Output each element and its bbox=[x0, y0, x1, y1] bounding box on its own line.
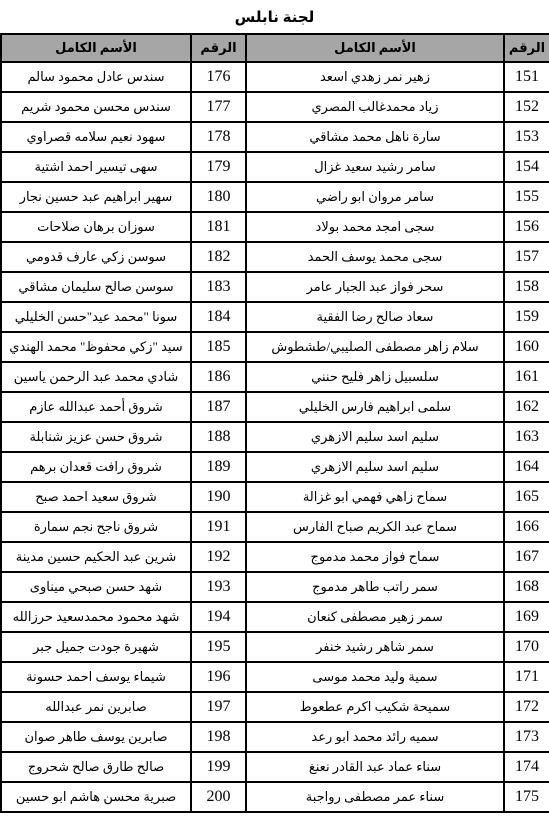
row-number-right: 163 bbox=[504, 422, 549, 452]
row-number-left: 186 bbox=[191, 362, 246, 392]
table-row: 165سماح زاهي فهمي ابو غزالة190شروق سعيد … bbox=[1, 482, 549, 512]
page-title: لجنة نابلس bbox=[0, 0, 549, 33]
row-number-right: 169 bbox=[504, 602, 549, 632]
full-name-left: شروق ناجح نجم سمارة bbox=[1, 512, 191, 542]
table-row: 155سامر مروان ابو راضي180سهير ابراهيم عب… bbox=[1, 182, 549, 212]
row-number-right: 170 bbox=[504, 632, 549, 662]
table-row: 158سحر فواز عبد الجبار عامر183سوسن صالح … bbox=[1, 272, 549, 302]
full-name-right: سجى امجد محمد بولاد bbox=[246, 212, 504, 242]
table-row: 163سليم اسد سليم الازهري188شروق حسن عزيز… bbox=[1, 422, 549, 452]
header-name-right: الأسم الكامل bbox=[246, 34, 504, 62]
table-row: 154سامر رشيد سعيد غزال179سهى تيسير احمد … bbox=[1, 152, 549, 182]
row-number-left: 182 bbox=[191, 242, 246, 272]
full-name-left: سهود نعيم سلامه قصراوي bbox=[1, 122, 191, 152]
row-number-right: 166 bbox=[504, 512, 549, 542]
roster-table: الرقم الأسم الكامل الرقم الأسم الكامل 15… bbox=[0, 33, 549, 813]
row-number-left: 191 bbox=[191, 512, 246, 542]
row-number-right: 152 bbox=[504, 92, 549, 122]
row-number-left: 199 bbox=[191, 752, 246, 782]
row-number-left: 198 bbox=[191, 722, 246, 752]
full-name-right: سمية وليد محمد موسى bbox=[246, 662, 504, 692]
header-number-left: الرقم bbox=[191, 34, 246, 62]
row-number-right: 161 bbox=[504, 362, 549, 392]
full-name-right: سماح فواز محمد مدموج bbox=[246, 542, 504, 572]
table-row: 151زهير نمر زهدي اسعد176سندس عادل محمود … bbox=[1, 62, 549, 92]
row-number-left: 176 bbox=[191, 62, 246, 92]
table-row: 172سميحة شكيب اكرم عطعوط197صابرين نمر عب… bbox=[1, 692, 549, 722]
full-name-left: شادي محمد عبد الرحمن ياسين bbox=[1, 362, 191, 392]
row-number-left: 178 bbox=[191, 122, 246, 152]
full-name-left: سهير ابراهيم عبد حسين نجار bbox=[1, 182, 191, 212]
full-name-right: سامر رشيد سعيد غزال bbox=[246, 152, 504, 182]
table-row: 159سعاد صالح رضا الفقية184سونا "محمد عيد… bbox=[1, 302, 549, 332]
row-number-right: 174 bbox=[504, 752, 549, 782]
full-name-left: سوسن زكي عارف قدومي bbox=[1, 242, 191, 272]
full-name-right: سامر مروان ابو راضي bbox=[246, 182, 504, 212]
table-row: 156سجى امجد محمد بولاد181سوزان برهان صلا… bbox=[1, 212, 549, 242]
full-name-right: زياد محمدغالب المصري bbox=[246, 92, 504, 122]
table-row: 161سلسبيل زاهر فليح حنني186شادي محمد عبد… bbox=[1, 362, 549, 392]
full-name-left: سيد "زكي محفوظ" محمد الهندي bbox=[1, 332, 191, 362]
row-number-left: 190 bbox=[191, 482, 246, 512]
table-row: 166سماح عبد الكريم صباح الفارس191شروق نا… bbox=[1, 512, 549, 542]
full-name-right: سمر شاهر رشيد خنفر bbox=[246, 632, 504, 662]
row-number-right: 160 bbox=[504, 332, 549, 362]
table-row: 171سمية وليد محمد موسى196شيماء يوسف احمد… bbox=[1, 662, 549, 692]
table-body: 151زهير نمر زهدي اسعد176سندس عادل محمود … bbox=[1, 62, 549, 812]
table-row: 162سلمى ابراهيم فارس الخليلي187شروق أحمد… bbox=[1, 392, 549, 422]
row-number-right: 156 bbox=[504, 212, 549, 242]
table-row: 157سجى محمد يوسف الحمد182سوسن زكي عارف ق… bbox=[1, 242, 549, 272]
table-row: 168سمر راتب طاهر مدموج193شهد حسن صبحي مي… bbox=[1, 572, 549, 602]
row-number-right: 175 bbox=[504, 782, 549, 812]
table-row: 175سناء عمر مصطفى رواجبة200صبرية محسن ها… bbox=[1, 782, 549, 812]
row-number-left: 192 bbox=[191, 542, 246, 572]
full-name-right: سلمى ابراهيم فارس الخليلي bbox=[246, 392, 504, 422]
full-name-right: سعاد صالح رضا الفقية bbox=[246, 302, 504, 332]
full-name-left: شيماء يوسف احمد حسونة bbox=[1, 662, 191, 692]
full-name-left: شرين عبد الحكيم حسين مدينة bbox=[1, 542, 191, 572]
full-name-right: زهير نمر زهدي اسعد bbox=[246, 62, 504, 92]
full-name-right: سماح زاهي فهمي ابو غزالة bbox=[246, 482, 504, 512]
full-name-right: سميحة شكيب اكرم عطعوط bbox=[246, 692, 504, 722]
row-number-left: 200 bbox=[191, 782, 246, 812]
row-number-left: 187 bbox=[191, 392, 246, 422]
full-name-left: شهد محمود محمدسعيد حرزالله bbox=[1, 602, 191, 632]
table-row: 170سمر شاهر رشيد خنفر195شهيرة جودت جميل … bbox=[1, 632, 549, 662]
row-number-right: 151 bbox=[504, 62, 549, 92]
full-name-right: سجى محمد يوسف الحمد bbox=[246, 242, 504, 272]
row-number-left: 195 bbox=[191, 632, 246, 662]
row-number-right: 172 bbox=[504, 692, 549, 722]
row-number-right: 171 bbox=[504, 662, 549, 692]
table-row: 173سميه رائد محمد ابو رعد198صابرين يوسف … bbox=[1, 722, 549, 752]
full-name-left: شروق سعيد احمد صبح bbox=[1, 482, 191, 512]
full-name-right: سلام زاهر مصطفى الصليبي/طشطوش bbox=[246, 332, 504, 362]
row-number-left: 188 bbox=[191, 422, 246, 452]
row-number-right: 162 bbox=[504, 392, 549, 422]
table-row: 160سلام زاهر مصطفى الصليبي/طشطوش185سيد "… bbox=[1, 332, 549, 362]
row-number-right: 154 bbox=[504, 152, 549, 182]
row-number-left: 196 bbox=[191, 662, 246, 692]
full-name-left: سوزان برهان صلاحات bbox=[1, 212, 191, 242]
row-number-right: 158 bbox=[504, 272, 549, 302]
full-name-left: شروق رافت قعدان برهم bbox=[1, 452, 191, 482]
full-name-right: سلسبيل زاهر فليح حنني bbox=[246, 362, 504, 392]
row-number-right: 155 bbox=[504, 182, 549, 212]
row-number-right: 173 bbox=[504, 722, 549, 752]
row-number-left: 177 bbox=[191, 92, 246, 122]
row-number-right: 157 bbox=[504, 242, 549, 272]
full-name-right: سليم اسد سليم الازهري bbox=[246, 452, 504, 482]
row-number-right: 159 bbox=[504, 302, 549, 332]
full-name-right: سناء عماد عبد القادر نعنغ bbox=[246, 752, 504, 782]
full-name-left: سندس محسن محمود شريم bbox=[1, 92, 191, 122]
full-name-left: صبرية محسن هاشم ابو حسين bbox=[1, 782, 191, 812]
row-number-left: 180 bbox=[191, 182, 246, 212]
table-row: 174سناء عماد عبد القادر نعنغ199صالح طارق… bbox=[1, 752, 549, 782]
table-row: 167سماح فواز محمد مدموج192شرين عبد الحكي… bbox=[1, 542, 549, 572]
row-number-left: 184 bbox=[191, 302, 246, 332]
table-row: 153سارة ناهل محمد مشاقي178سهود نعيم سلام… bbox=[1, 122, 549, 152]
full-name-left: شهيرة جودت جميل جبر bbox=[1, 632, 191, 662]
row-number-left: 194 bbox=[191, 602, 246, 632]
full-name-right: سميه رائد محمد ابو رعد bbox=[246, 722, 504, 752]
full-name-left: سونا "محمد عيد"حسن الخليلي bbox=[1, 302, 191, 332]
full-name-left: شروق أحمد عبدالله عازم bbox=[1, 392, 191, 422]
full-name-right: سماح عبد الكريم صباح الفارس bbox=[246, 512, 504, 542]
full-name-left: صابرين يوسف طاهر صوان bbox=[1, 722, 191, 752]
full-name-right: سناء عمر مصطفى رواجبة bbox=[246, 782, 504, 812]
table-row: 169سمر زهير مصطفى كنعان194شهد محمود محمد… bbox=[1, 602, 549, 632]
full-name-right: سحر فواز عبد الجبار عامر bbox=[246, 272, 504, 302]
row-number-left: 189 bbox=[191, 452, 246, 482]
header-number-right: الرقم bbox=[504, 34, 549, 62]
row-number-left: 181 bbox=[191, 212, 246, 242]
row-number-right: 164 bbox=[504, 452, 549, 482]
row-number-right: 167 bbox=[504, 542, 549, 572]
full-name-left: صالح طارق صالح شحروج bbox=[1, 752, 191, 782]
row-number-left: 179 bbox=[191, 152, 246, 182]
full-name-left: سهى تيسير احمد اشتية bbox=[1, 152, 191, 182]
full-name-left: سندس عادل محمود سالم bbox=[1, 62, 191, 92]
header-row: الرقم الأسم الكامل الرقم الأسم الكامل bbox=[1, 34, 549, 62]
table-row: 152زياد محمدغالب المصري177سندس محسن محمو… bbox=[1, 92, 549, 122]
row-number-left: 183 bbox=[191, 272, 246, 302]
header-name-left: الأسم الكامل bbox=[1, 34, 191, 62]
full-name-left: شهد حسن صبحي ميناوى bbox=[1, 572, 191, 602]
row-number-left: 193 bbox=[191, 572, 246, 602]
row-number-right: 165 bbox=[504, 482, 549, 512]
full-name-right: سمر زهير مصطفى كنعان bbox=[246, 602, 504, 632]
full-name-right: سمر راتب طاهر مدموج bbox=[246, 572, 504, 602]
full-name-left: شروق حسن عزيز شنابلة bbox=[1, 422, 191, 452]
row-number-left: 197 bbox=[191, 692, 246, 722]
row-number-right: 168 bbox=[504, 572, 549, 602]
full-name-left: صابرين نمر عبدالله bbox=[1, 692, 191, 722]
row-number-left: 185 bbox=[191, 332, 246, 362]
table-row: 164سليم اسد سليم الازهري189شروق رافت قعد… bbox=[1, 452, 549, 482]
full-name-left: سوسن صالح سليمان مشاقي bbox=[1, 272, 191, 302]
full-name-right: سليم اسد سليم الازهري bbox=[246, 422, 504, 452]
full-name-right: سارة ناهل محمد مشاقي bbox=[246, 122, 504, 152]
table-header: الرقم الأسم الكامل الرقم الأسم الكامل bbox=[1, 34, 549, 62]
row-number-right: 153 bbox=[504, 122, 549, 152]
document-page: لجنة نابلس الرقم الأسم الكامل الرقم الأس… bbox=[0, 0, 549, 826]
